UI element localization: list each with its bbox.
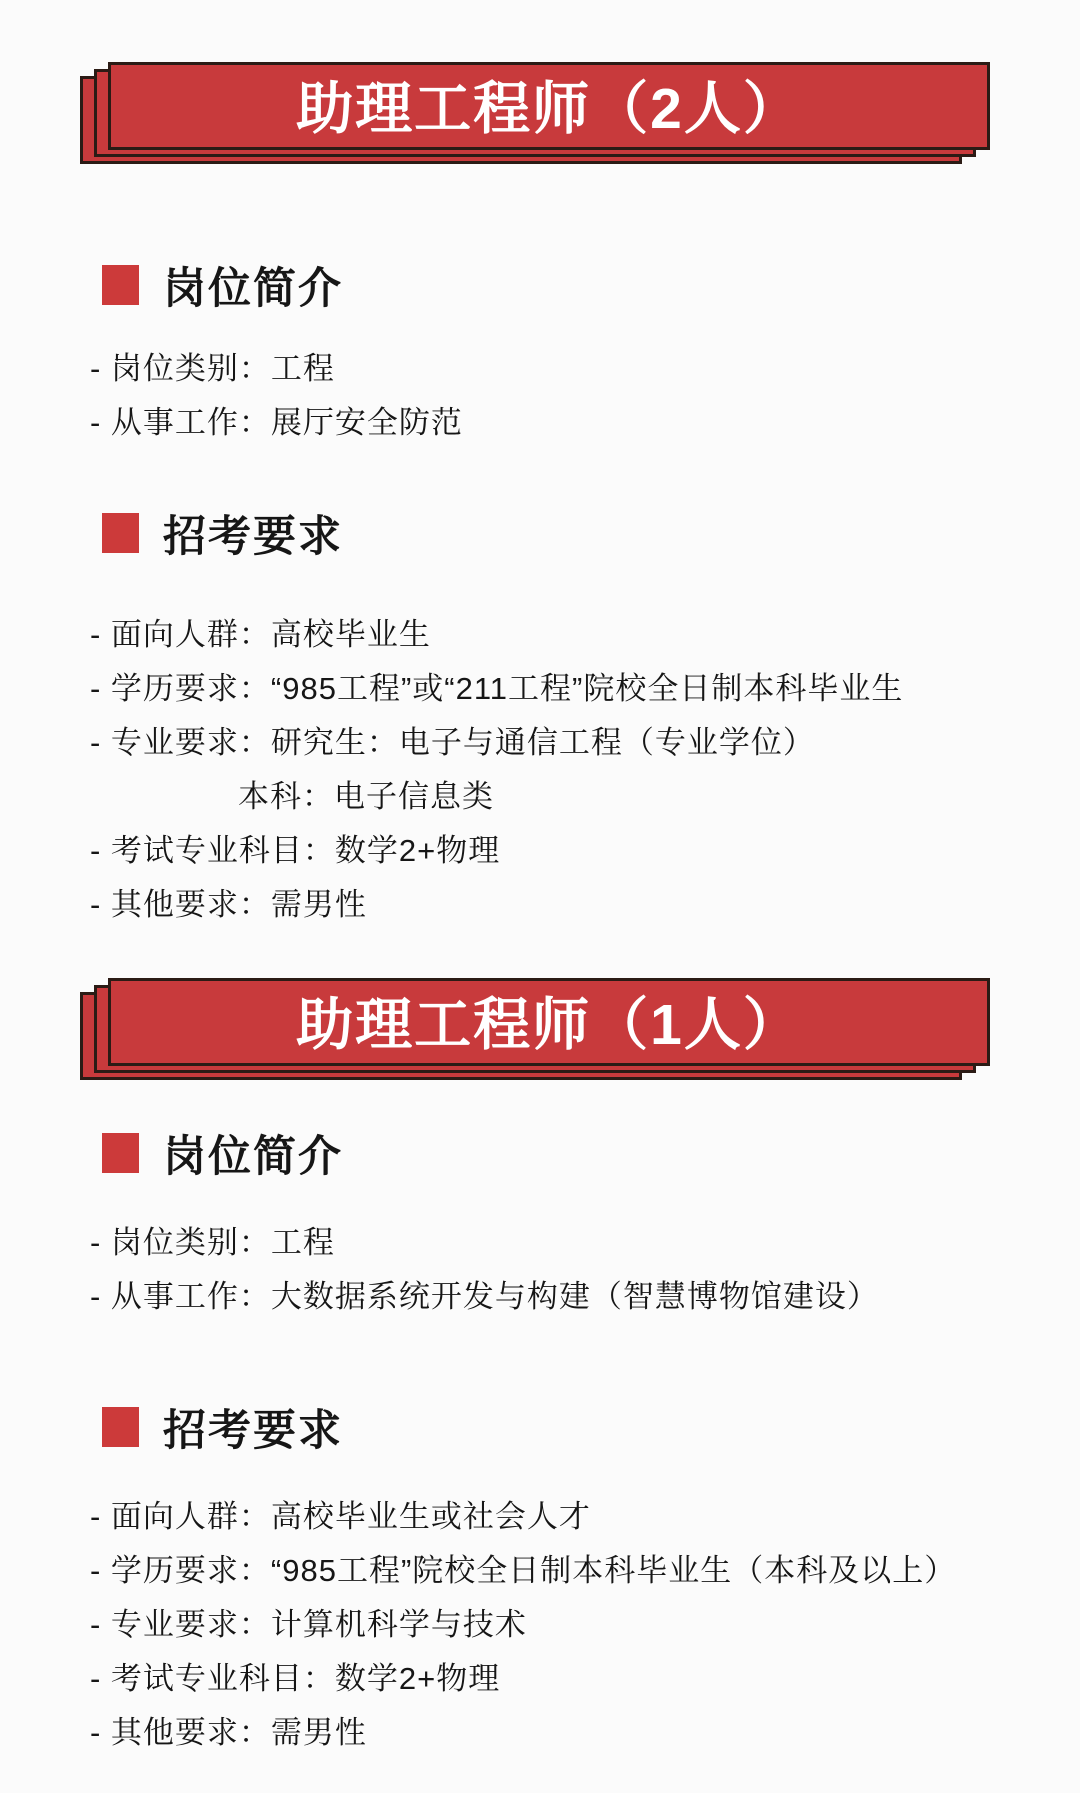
detail-item: - 考试专业科目：数学2+物理 — [90, 830, 1080, 872]
red-square-bullet-icon — [102, 513, 139, 553]
section-heading-label: 招考要求 — [163, 503, 343, 564]
detail-item: - 专业要求：研究生：电子与通信工程（专业学位） — [90, 722, 1080, 764]
section-heading-label: 岗位简介 — [163, 1123, 343, 1184]
job-section-2: 助理工程师（1人） 岗位简介 - 岗位类别：工程 - 从事工作：大数据系统开发与… — [0, 978, 1080, 1754]
banner-face: 助理工程师（2人） — [108, 62, 990, 150]
detail-item: - 学历要求：“985工程”或“211工程”院校全日制本科毕业生 — [90, 668, 1080, 710]
section-heading-intro-2: 岗位简介 — [102, 1128, 1080, 1178]
requirement-items-1: - 面向人群：高校毕业生 - 学历要求：“985工程”或“211工程”院校全日制… — [90, 614, 1080, 926]
banner-title: 助理工程师（2人） — [296, 63, 802, 145]
detail-item: - 面向人群：高校毕业生 — [90, 614, 1080, 656]
section-heading-requirements-2: 招考要求 — [102, 1402, 1080, 1452]
section-heading-requirements-1: 招考要求 — [102, 508, 1080, 558]
banner-title: 助理工程师（1人） — [296, 979, 802, 1061]
job-title-banner-2: 助理工程师（1人） — [108, 978, 992, 1080]
requirement-items-2: - 面向人群：高校毕业生或社会人才 - 学历要求：“985工程”院校全日制本科毕… — [90, 1496, 1080, 1754]
section-heading-intro-1: 岗位简介 — [102, 260, 1080, 310]
section-heading-label: 招考要求 — [163, 1397, 343, 1458]
detail-item: - 岗位类别：工程 — [90, 348, 1080, 390]
detail-item: - 从事工作：大数据系统开发与构建（智慧博物馆建设） — [90, 1276, 1080, 1318]
detail-item: - 岗位类别：工程 — [90, 1222, 1080, 1264]
red-square-bullet-icon — [102, 1133, 139, 1173]
detail-item: - 其他要求：需男性 — [90, 1712, 1080, 1754]
job-title-banner-1: 助理工程师（2人） — [108, 62, 992, 164]
section-heading-label: 岗位简介 — [163, 255, 343, 316]
intro-items-1: - 岗位类别：工程 - 从事工作：展厅安全防范 — [90, 348, 1080, 444]
recruitment-poster: 助理工程师（2人） 岗位简介 - 岗位类别：工程 - 从事工作：展厅安全防范 招… — [0, 0, 1080, 1793]
detail-item-continuation: 本科：电子信息类 — [90, 776, 1080, 818]
detail-item: - 考试专业科目：数学2+物理 — [90, 1658, 1080, 1700]
detail-item: - 面向人群：高校毕业生或社会人才 — [90, 1496, 1080, 1538]
red-square-bullet-icon — [102, 265, 139, 305]
banner-face: 助理工程师（1人） — [108, 978, 990, 1066]
detail-item: - 专业要求：计算机科学与技术 — [90, 1604, 1080, 1646]
detail-item: - 其他要求：需男性 — [90, 884, 1080, 926]
intro-items-2: - 岗位类别：工程 - 从事工作：大数据系统开发与构建（智慧博物馆建设） — [90, 1222, 1080, 1318]
job-section-1: 助理工程师（2人） 岗位简介 - 岗位类别：工程 - 从事工作：展厅安全防范 招… — [0, 62, 1080, 926]
red-square-bullet-icon — [102, 1407, 139, 1447]
detail-item: - 学历要求：“985工程”院校全日制本科毕业生（本科及以上） — [90, 1550, 1080, 1592]
detail-item: - 从事工作：展厅安全防范 — [90, 402, 1080, 444]
